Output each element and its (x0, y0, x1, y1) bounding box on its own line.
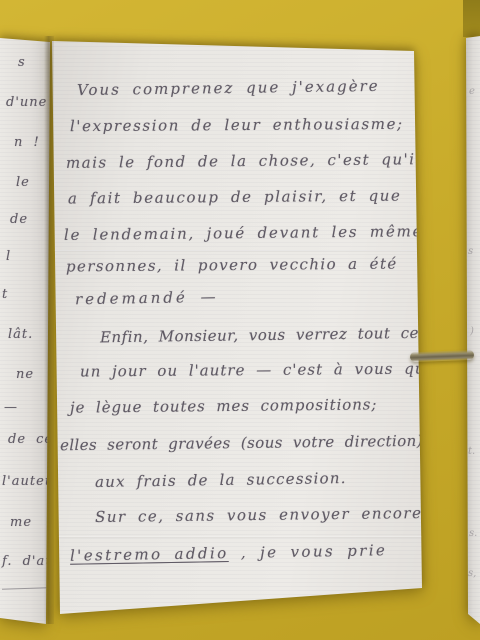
handwriting-fragment: lât. (8, 328, 33, 341)
handwriting-line: je lègue toutes mes compositions; (70, 397, 377, 415)
handwriting-fragment: n ! (14, 136, 40, 149)
handwriting-line: Enfin, Monsieur, vous verrez tout cela (100, 326, 434, 346)
handwriting-line: redemandé — (75, 290, 219, 308)
handwriting-line: l'estremo addio , je vous prie (70, 543, 387, 564)
handwriting-fragment: s. (469, 528, 477, 539)
handwriting-fragment: t. (468, 446, 475, 457)
handwriting-line: un jour ou l'autre — c'est à vous que (80, 361, 435, 379)
letter-page: Vous comprenez que j'exagère l'expressio… (52, 38, 422, 614)
paper-crease (52, 536, 422, 538)
underlined-phrase: l'estremo addio (70, 544, 229, 565)
background-card-edge (463, 0, 480, 37)
underline-flourish (2, 587, 48, 590)
handwriting-line: aux frais de la succession. (95, 471, 347, 490)
handwriting-fragment: ne (16, 368, 34, 381)
handwriting-fragment: de (10, 213, 28, 226)
handwriting-fragment: me (10, 516, 32, 529)
adjacent-page-edge: e s ) t. s. s, (466, 36, 480, 624)
handwriting-fragment: — (4, 401, 18, 414)
handwriting-fragment: s (468, 246, 473, 257)
handwriting-line: Vous comprenez que j'exagère (77, 79, 380, 98)
handwriting-line: elles seront gravées (sous votre directi… (60, 434, 423, 453)
handwriting-line: l'expression de leur enthousiasme; (70, 117, 404, 134)
handwriting-fragment: s, (468, 568, 476, 579)
line-remainder: , je vous prie (228, 541, 387, 562)
handwriting-fragment: l'auteur, (2, 475, 65, 488)
handwriting-fragment: l (6, 250, 11, 263)
handwriting-fragment: ) (470, 326, 474, 337)
handwriting-fragment: d'une (6, 96, 47, 109)
handwriting-line: a fait beaucoup de plaisir, et que (68, 189, 402, 207)
handwriting-fragment: e (469, 86, 475, 97)
handwriting-line: le lendemain, joué devant les mêmes (64, 224, 433, 243)
paper-crease (52, 250, 422, 252)
handwriting-fragment: s (18, 56, 26, 69)
left-page-edge: s d'une n ! le de l t lât. ne — de ce l'… (0, 36, 50, 626)
handwriting-fragment: t (2, 288, 8, 301)
handwriting-line: personnes, il povero vecchio a été (66, 257, 398, 275)
handwriting-fragment: le (16, 176, 30, 189)
photo-background: s d'une n ! le de l t lât. ne — de ce l'… (0, 0, 480, 640)
page-fold-gutter (44, 36, 54, 624)
handwriting-line: Sur ce, sans vous envoyer encore (95, 506, 423, 525)
handwriting-line: mais le fond de la chose, c'est qu'il (66, 152, 422, 171)
binding-fiber (410, 350, 474, 362)
